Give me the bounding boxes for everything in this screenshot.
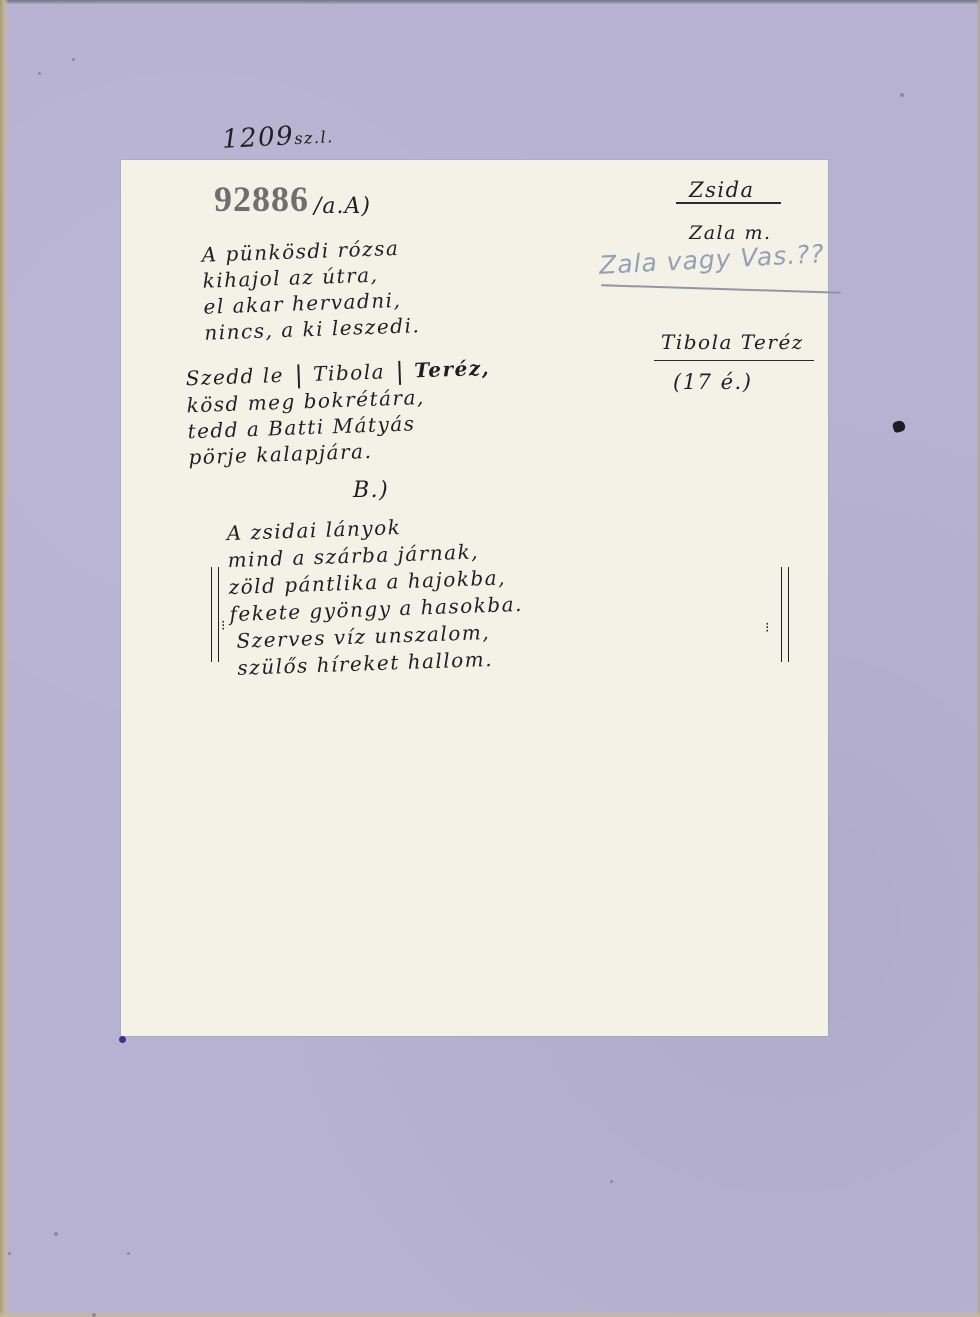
card-top-edge: [0, 0, 980, 4]
card-right-edge: [976, 0, 980, 1317]
ink-blot: [892, 420, 906, 434]
purple-ink-dot: [119, 1036, 126, 1043]
card-bottom-edge: [0, 1311, 980, 1317]
speck: [127, 1252, 130, 1255]
verse-a-second-stanza: Szedd le Tibola Teréz, kösd meg bokrétár…: [185, 355, 493, 470]
repeat-dots-left: ⁝: [221, 618, 225, 634]
pencil-underline: [601, 284, 841, 294]
locality-underline: [676, 202, 781, 204]
singer-name: Tibola Teréz: [661, 330, 804, 354]
repeat-dots-right: ⁝: [765, 620, 769, 636]
divider-mark: [398, 360, 400, 384]
verse-word: Teréz,: [414, 356, 491, 383]
verse-a: A pünkösdi rózsa kihajol az útra, el aka…: [201, 234, 420, 345]
singer-age: (17 é.): [673, 370, 752, 394]
verse-word: Szedd le: [185, 363, 284, 390]
divider-mark: [297, 364, 299, 388]
locality-label: Zsida: [689, 178, 755, 202]
speck: [38, 72, 41, 75]
verse-word: Tibola: [313, 359, 386, 385]
speck: [72, 58, 75, 61]
stamp-suffix: /a.A): [314, 194, 371, 219]
speck: [92, 1313, 96, 1317]
shelf-mark: 1209sz.l.: [221, 119, 334, 155]
county-label: Zala m.: [689, 222, 772, 244]
speck: [610, 1180, 613, 1183]
verse-b: A zsidai lányok mind a szárba járnak, zö…: [226, 510, 525, 682]
repeat-bar-left: [211, 567, 219, 662]
shelf-mark-suffix: sz.l.: [294, 127, 334, 148]
repeat-bar-right: [781, 567, 789, 662]
shelf-mark-number: 1209: [221, 121, 295, 155]
card-left-edge: [0, 0, 8, 1317]
section-b-label: B.): [353, 478, 389, 504]
inventory-stamp: 92886: [214, 178, 309, 220]
speck: [54, 1232, 58, 1236]
speck: [900, 93, 904, 97]
singer-underline: [654, 360, 814, 361]
speck: [8, 1252, 11, 1255]
manuscript-sheet: 92886 /a.A) A pünkösdi rózsa kihajol az …: [121, 160, 828, 1036]
pencil-annotation: Zala vagy Vas.??: [598, 239, 825, 280]
